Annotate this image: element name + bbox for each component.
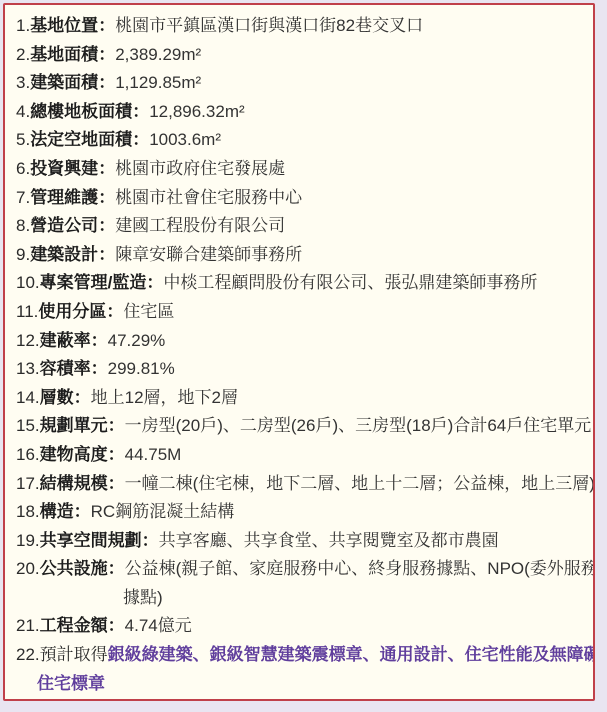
list-item: 8.營造公司：建國工程股份有限公司: [16, 212, 583, 241]
item-label: 建築面積: [30, 73, 98, 92]
item-label: 公共設施: [40, 559, 108, 578]
item-separator: ：: [91, 359, 108, 378]
list-item: 21.工程金額：4.74億元: [16, 612, 583, 641]
item-separator: ：: [98, 245, 115, 264]
list-item: 4.總樓地板面積：12,896.32m²: [16, 98, 583, 127]
item-value: 地上12層，地下2層: [91, 388, 238, 407]
list-item: 13.容積率：299.81%: [16, 355, 583, 384]
list-item: 7.管理維護：桃園市社會住宅服務中心: [16, 184, 583, 213]
item-value: 桃園市社會住宅服務中心: [115, 188, 302, 207]
item-separator: ：: [108, 559, 125, 578]
item-value: 銀級綠建築、銀級智慧建築震標章、通用設計、住宅性能及無障礙: [108, 645, 595, 664]
item-label: 總樓地板面積: [30, 102, 132, 121]
list-item: 17.結構規模：一幢二棟(住宅棟，地下二層、地上十二層；公益棟，地上三層): [16, 470, 583, 499]
item-label: 使用分區: [38, 302, 106, 321]
item-separator: ：: [98, 188, 115, 207]
list-item: 15.規劃單元：一房型(20戶)、二房型(26戶)、三房型(18戶)合計64戶住…: [16, 412, 583, 441]
item-label: 規劃單元: [40, 416, 108, 435]
item-value: 299.81%: [108, 359, 175, 378]
info-list: 1.基地位置：桃園市平鎮區漢口街與漢口街82巷交叉口2.基地面積：2,389.2…: [5, 5, 593, 698]
item-label: 構造: [40, 502, 74, 521]
item-number: 16.: [16, 445, 40, 464]
item-number: 11.: [16, 302, 38, 321]
item-number: 5.: [16, 130, 30, 149]
item-label: 基地位置: [30, 16, 98, 35]
item-number: 21.: [16, 616, 40, 635]
item-value: RC鋼筋混凝土結構: [91, 502, 235, 521]
item-separator: ：: [74, 388, 91, 407]
item-value: 桃園市平鎮區漢口街與漢口街82巷交叉口: [115, 16, 423, 35]
item-value: 桃園市政府住宅發展處: [115, 159, 285, 178]
info-panel: 1.基地位置：桃園市平鎮區漢口街與漢口街82巷交叉口2.基地面積：2,389.2…: [3, 3, 595, 701]
item-number: 18.: [16, 502, 40, 521]
list-item: 16.建物高度：44.75M: [16, 441, 583, 470]
item-separator: ：: [98, 16, 115, 35]
item-number: 7.: [16, 188, 30, 207]
item-number: 17.: [16, 474, 40, 493]
item-label: 建蔽率: [40, 331, 91, 350]
item-separator: ：: [98, 45, 115, 64]
item-label: 建築設計: [30, 245, 98, 264]
item-value: 公益棟(親子館、家庭服務中心、終身服務據點、NPO(委外服務): [125, 559, 595, 578]
item-label: 工程金額: [40, 616, 108, 635]
item-label: 專案管理/監造: [40, 273, 147, 292]
item-value: 住宅區: [123, 302, 174, 321]
item-value: 1003.6m²: [149, 130, 221, 149]
item-number: 20.: [16, 559, 40, 578]
item-number: 22.: [16, 645, 40, 664]
item-value: 陳章安聯合建築師事務所: [115, 245, 302, 264]
item-value: 一房型(20戶)、二房型(26戶)、三房型(18戶)合計64戶住宅單元: [125, 416, 592, 435]
item-number: 15.: [16, 416, 40, 435]
item-number: 12.: [16, 331, 40, 350]
list-item: 10.專案管理/監造：中棪工程顧問股份有限公司、張弘鼎建築師事務所: [16, 269, 583, 298]
item-label: 法定空地面積: [30, 130, 132, 149]
item-separator: ：: [98, 216, 115, 235]
item-value-continuation: 據點): [123, 588, 163, 607]
item-number: 13.: [16, 359, 40, 378]
list-item: 1.基地位置：桃園市平鎮區漢口街與漢口街82巷交叉口: [16, 12, 583, 41]
item-number: 4.: [16, 102, 30, 121]
list-item: 14.層數：地上12層，地下2層: [16, 384, 583, 413]
list-item: 18.構造：RC鋼筋混凝土結構: [16, 498, 583, 527]
item-value: 中棪工程顧問股份有限公司、張弘鼎建築師事務所: [163, 273, 537, 292]
item-label: 建物高度: [40, 445, 108, 464]
item-number: 19.: [16, 531, 40, 550]
item-label: 結構規模: [40, 474, 108, 493]
item-separator: ：: [98, 73, 115, 92]
item-number: 9.: [16, 245, 30, 264]
item-separator: ：: [106, 302, 123, 321]
list-item: 9.建築設計：陳章安聯合建築師事務所: [16, 241, 583, 270]
item-number: 3.: [16, 73, 30, 92]
item-label: 營造公司: [30, 216, 98, 235]
item-prefix: 預計取得: [40, 645, 108, 664]
list-item: 22.預計取得銀級綠建築、銀級智慧建築震標章、通用設計、住宅性能及無障礙: [16, 641, 583, 670]
item-separator: ：: [108, 616, 125, 635]
item-value: 4.74億元: [125, 616, 192, 635]
item-value: 共享客廳、共享食堂、共享閱覽室及都市農園: [159, 531, 499, 550]
item-separator: ：: [91, 331, 108, 350]
item-value: 47.29%: [108, 331, 166, 350]
item-value: 1,129.85m²: [115, 73, 201, 92]
item-label: 容積率: [40, 359, 91, 378]
item-number: 10.: [16, 273, 40, 292]
item-number: 1.: [16, 16, 30, 35]
item-separator: ：: [108, 474, 125, 493]
item-number: 6.: [16, 159, 30, 178]
item-separator: ：: [146, 273, 163, 292]
item-label: 層數: [40, 388, 74, 407]
item-separator: ：: [74, 502, 91, 521]
list-item: 2.基地面積：2,389.29m²: [16, 41, 583, 70]
item-value: 2,389.29m²: [115, 45, 201, 64]
list-item: 12.建蔽率：47.29%: [16, 327, 583, 356]
item-label: 基地面積: [30, 45, 98, 64]
item-separator: ：: [98, 159, 115, 178]
list-item: 20.公共設施：公益棟(親子館、家庭服務中心、終身服務據點、NPO(委外服務): [16, 555, 583, 584]
list-item: 11.使用分區：住宅區: [16, 298, 583, 327]
item-value: 12,896.32m²: [149, 102, 244, 121]
item-value: 建國工程股份有限公司: [115, 216, 285, 235]
item-number: 2.: [16, 45, 30, 64]
item-separator: ：: [108, 416, 125, 435]
list-item: 19.共享空間規劃：共享客廳、共享食堂、共享閱覽室及都市農園: [16, 527, 583, 556]
item-separator: ：: [108, 445, 125, 464]
item-label: 共享空間規劃: [40, 531, 142, 550]
item-number: 14.: [16, 388, 40, 407]
list-item: 6.投資興建：桃園市政府住宅發展處: [16, 155, 583, 184]
item-separator: ：: [132, 130, 149, 149]
item-number: 8.: [16, 216, 30, 235]
item-value: 44.75M: [125, 445, 182, 464]
list-item: 3.建築面積：1,129.85m²: [16, 69, 583, 98]
item-label: 管理維護: [30, 188, 98, 207]
item-value-continuation: 住宅標章: [37, 674, 105, 693]
item-separator: ：: [132, 102, 149, 121]
list-item-continuation: 住宅標章: [16, 670, 583, 699]
list-item-continuation: 據點): [16, 584, 583, 613]
list-item: 5.法定空地面積：1003.6m²: [16, 126, 583, 155]
item-value: 一幢二棟(住宅棟，地下二層、地上十二層；公益棟，地上三層): [125, 474, 595, 493]
item-separator: ：: [142, 531, 159, 550]
item-label: 投資興建: [30, 159, 98, 178]
